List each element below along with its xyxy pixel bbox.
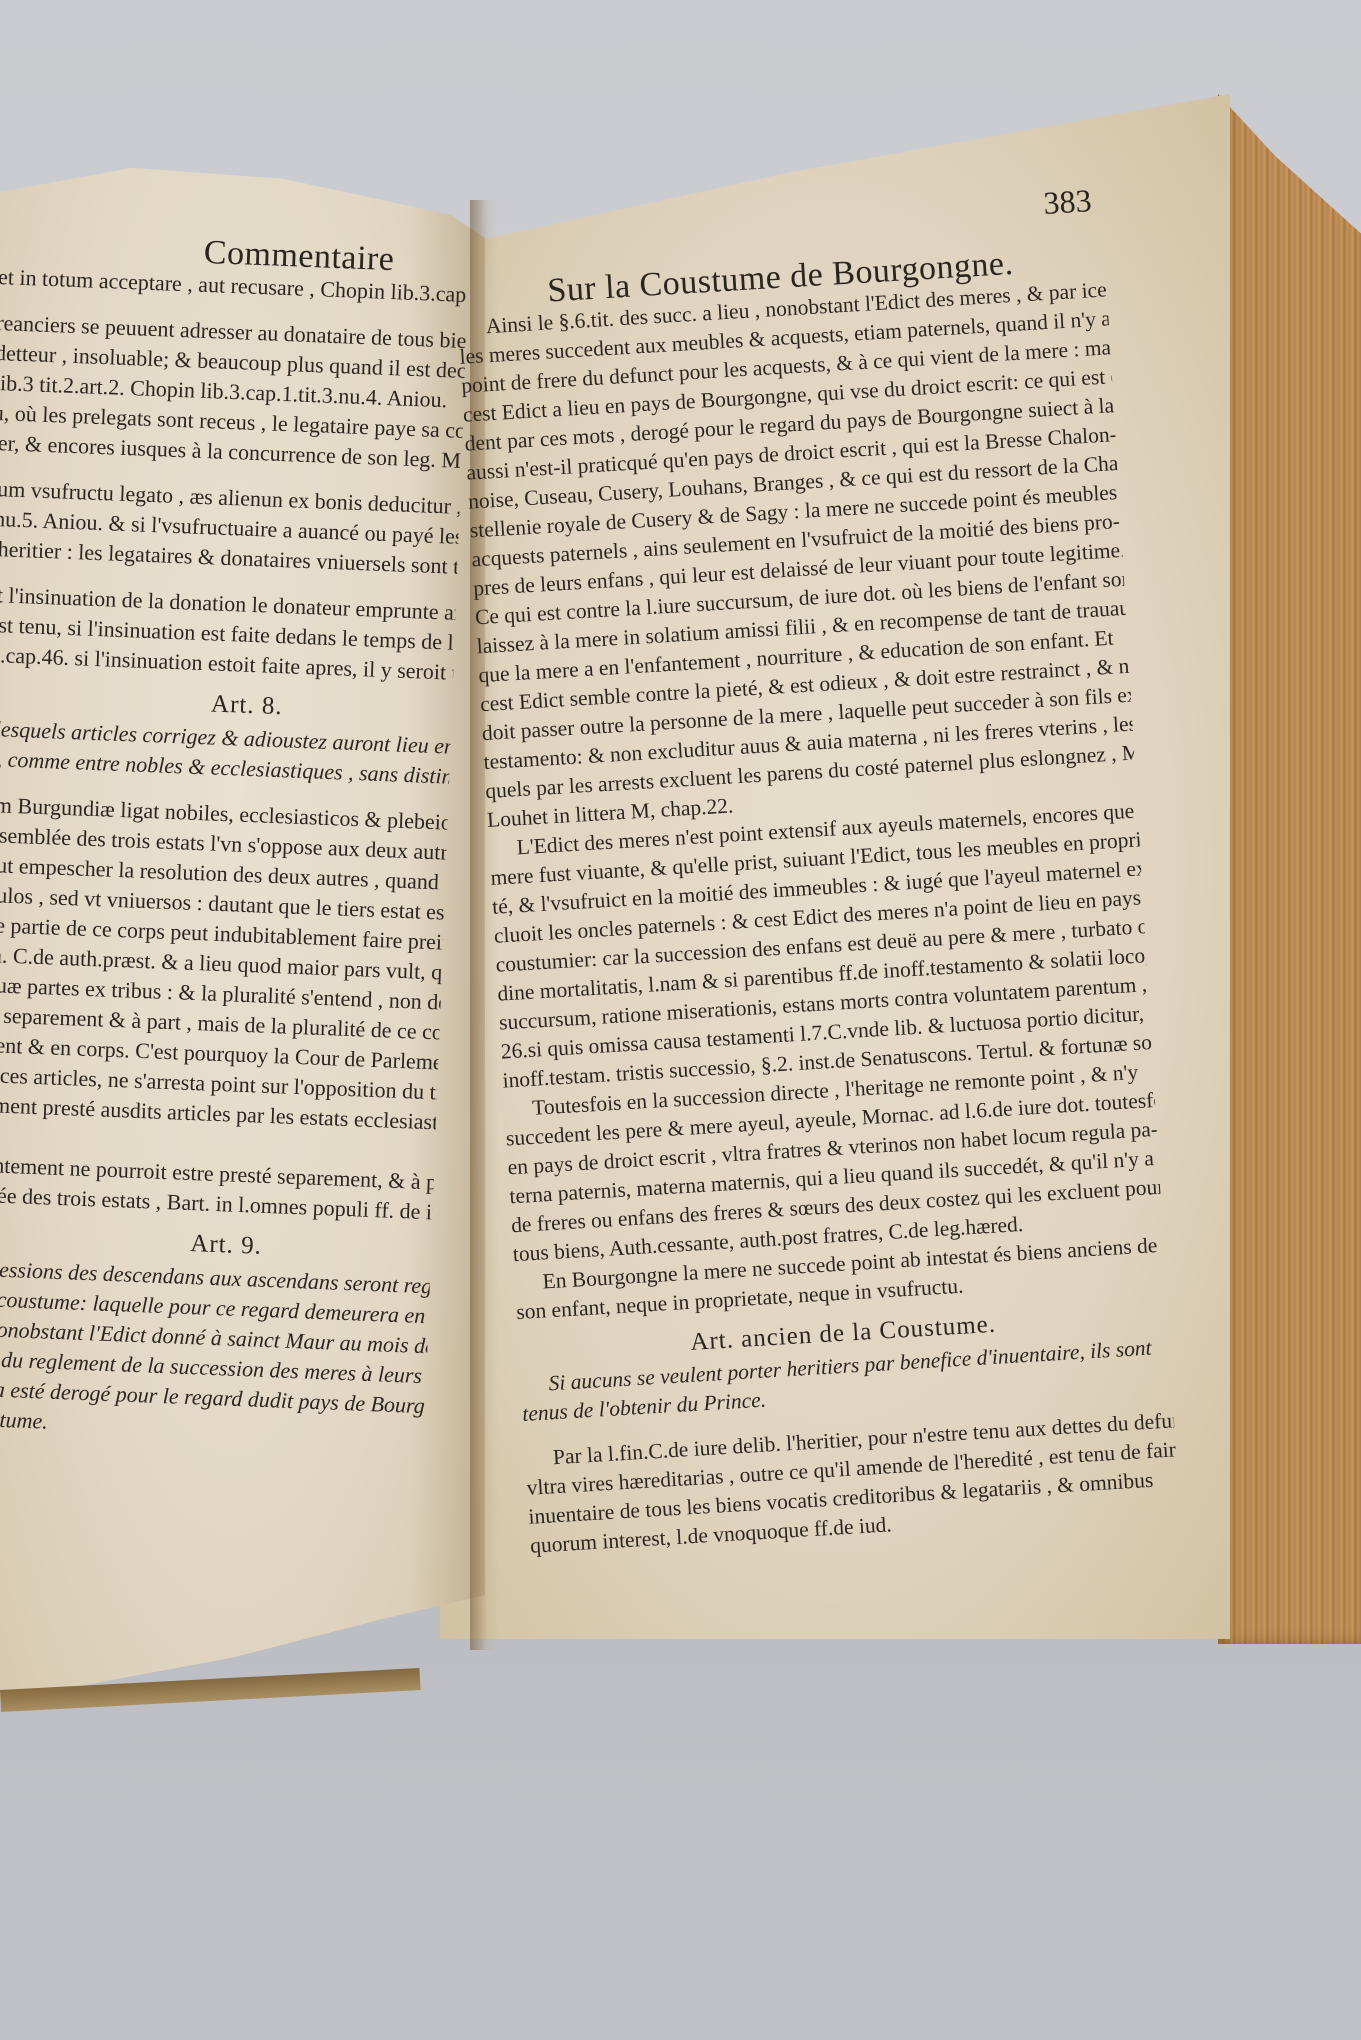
right-page-text: 383 Sur la Coustume de Bourgongne. Ainsi… xyxy=(455,241,1180,1564)
left-page-text: Commentaire et in totum acceptare , aut … xyxy=(0,228,470,1455)
page-number: 383 xyxy=(1043,184,1093,219)
book-fore-edge xyxy=(1218,94,1361,1644)
